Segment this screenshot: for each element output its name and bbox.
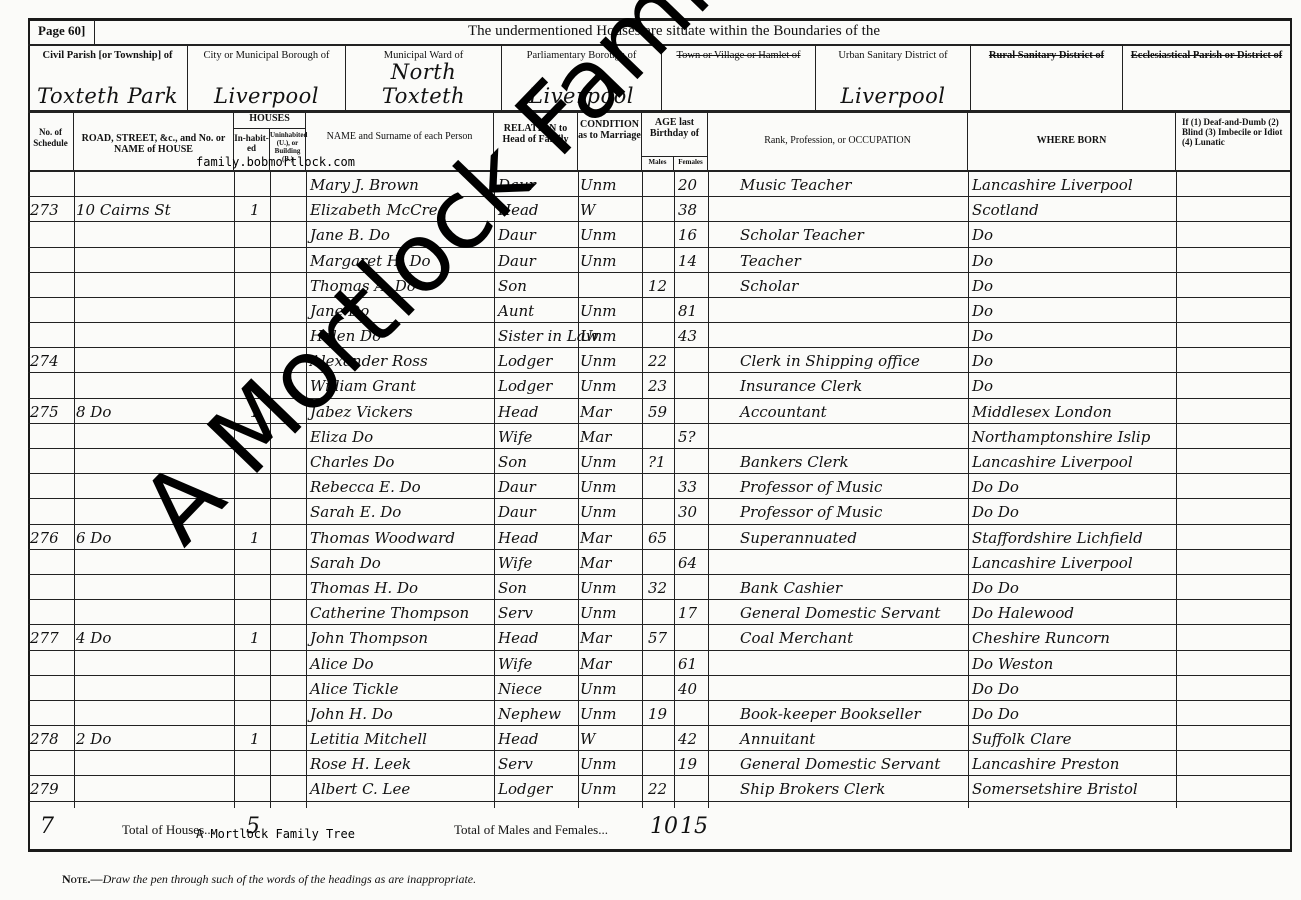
cell-relation: Wife <box>498 651 532 677</box>
table-row: Thomas H. DoSonUnm32Bank CashierDo Do <box>28 575 1290 600</box>
cell-relation: Lodger <box>498 373 552 399</box>
cell-where-born: Somersetshire Bristol <box>972 776 1138 802</box>
cell-relation: Serv <box>498 751 533 777</box>
cell-where-born: Middlesex London <box>972 399 1112 425</box>
cell-relation: Serv <box>498 600 533 626</box>
cell-occupation: Scholar Teacher <box>740 222 864 248</box>
cell-occupation: Insurance Clerk <box>740 373 862 399</box>
cell-male-age: 23 <box>648 373 667 399</box>
cell-where-born: Cheshire Runcorn <box>972 625 1110 651</box>
col-females: Females <box>674 157 708 171</box>
cell-female-age: 14 <box>678 248 697 274</box>
col-condition: CONDITION as to Marriage <box>578 113 642 171</box>
cell-where-born: Do Weston <box>972 651 1053 677</box>
cell-where-born: Do <box>972 273 993 299</box>
cell-road: 4 Do <box>76 625 111 651</box>
district-ecclesiastical: Ecclesiastical Parish or District of <box>1123 46 1290 110</box>
cell-where-born: Do <box>972 323 993 349</box>
col-age: AGE last Birthday of <box>642 113 708 157</box>
cell-inhabited: 1 <box>250 197 260 223</box>
table-row: 2774 Do1John ThompsonHeadMar57Coal Merch… <box>28 625 1290 650</box>
census-page: Page 60] The undermentioned Houses are s… <box>0 0 1301 900</box>
cell-relation: Head <box>498 726 539 752</box>
cell-inhabited: 1 <box>250 399 260 425</box>
cell-male-age: 22 <box>648 348 667 374</box>
cell-male-age: 19 <box>648 701 667 727</box>
cell-condition: Unm <box>580 248 617 274</box>
col-relation: RELATION to Head of Family <box>494 113 578 171</box>
cell-male-age: 59 <box>648 399 667 425</box>
table-row: Jane B. DoDaurUnm16Scholar TeacherDo <box>28 222 1290 247</box>
census-table: Mary J. BrownDaurUnm20Music TeacherLanca… <box>28 172 1290 808</box>
cell-female-age: 17 <box>678 600 697 626</box>
cell-where-born: Scotland <box>972 197 1039 223</box>
cell-relation: Daur <box>498 499 536 525</box>
cell-where-born: Suffolk Clare <box>972 726 1072 752</box>
cell-inhabited: 1 <box>250 726 260 752</box>
cell-male-age: 22 <box>648 776 667 802</box>
cell-condition: Unm <box>580 172 617 198</box>
cell-occupation: Bankers Clerk <box>740 449 849 475</box>
cell-name: Sarah Do <box>310 550 381 576</box>
table-row: Charles DoSonUnm?1Bankers ClerkLancashir… <box>28 449 1290 474</box>
cell-where-born: Do Do <box>972 474 1019 500</box>
district-rural-sanitary: Rural Sanitary District of <box>971 46 1123 110</box>
cell-relation: Daur <box>498 248 536 274</box>
cell-name: Alice Tickle <box>310 676 398 702</box>
cell-road: 6 Do <box>76 525 111 551</box>
cell-condition: Unm <box>580 298 617 324</box>
table-row: 279Albert C. LeeLodgerUnm22Ship Brokers … <box>28 776 1290 801</box>
cell-occupation: Professor of Music <box>740 474 882 500</box>
cell-condition: Mar <box>580 525 611 551</box>
cell-name: Alice Do <box>310 651 374 677</box>
cell-where-born: Do Do <box>972 676 1019 702</box>
watermark-footer: A Mortlock Family Tree <box>196 827 355 841</box>
cell-name: Jane Do <box>310 298 369 324</box>
table-row: John H. DoNephewUnm19Book-keeper Booksel… <box>28 701 1290 726</box>
cell-condition: Unm <box>580 676 617 702</box>
total-males-value: 10 <box>650 814 678 839</box>
cell-relation: Son <box>498 449 527 475</box>
cell-name: Catherine Thompson <box>310 600 469 626</box>
cell-where-born: Do <box>972 298 993 324</box>
cell-name: Thomas H. Do <box>310 575 418 601</box>
margin-mark: 7 <box>40 814 54 839</box>
cell-relation: Lodger <box>498 348 552 374</box>
table-row: Sarah E. DoDaurUnm30Professor of MusicDo… <box>28 499 1290 524</box>
cell-schedule: 274 <box>30 348 59 374</box>
cell-condition: Unm <box>580 449 617 475</box>
cell-where-born: Lancashire Liverpool <box>972 449 1133 475</box>
district-header-row: Civil Parish [or Township] of Toxteth Pa… <box>28 46 1290 113</box>
cell-relation: Niece <box>498 676 542 702</box>
page-number: Page 60] <box>38 23 85 39</box>
cell-condition: Unm <box>580 474 617 500</box>
cell-male-age: 65 <box>648 525 667 551</box>
cell-schedule: 276 <box>30 525 59 551</box>
district-municipal-ward: Municipal Ward of North Toxteth <box>346 46 502 110</box>
cell-where-born: Do Halewood <box>972 600 1074 626</box>
table-row: Rose H. LeekServUnm19General Domestic Se… <box>28 751 1290 776</box>
col-houses: HOUSES <box>234 113 306 129</box>
cell-female-age: 30 <box>678 499 697 525</box>
total-females-value: 15 <box>680 814 708 839</box>
cell-where-born: Do <box>972 248 993 274</box>
cell-where-born: Do Do <box>972 499 1019 525</box>
col-occupation: Rank, Profession, or OCCUPATION <box>708 113 968 171</box>
cell-where-born: Northamptonshire Islip <box>972 424 1150 450</box>
cell-occupation: Accountant <box>740 399 827 425</box>
cell-condition: W <box>580 197 595 223</box>
cell-condition: Unm <box>580 751 617 777</box>
col-where-born: WHERE BORN <box>968 113 1176 171</box>
table-row: 2758 Do1Jabez VickersHeadMar59Accountant… <box>28 399 1290 424</box>
cell-road: 2 Do <box>76 726 111 752</box>
cell-relation: Daur <box>498 474 536 500</box>
cell-condition: Unm <box>580 222 617 248</box>
cell-name: Rebecca E. Do <box>310 474 421 500</box>
cell-occupation: Teacher <box>740 248 801 274</box>
cell-schedule: 273 <box>30 197 59 223</box>
cell-name: Elizabeth McCrea <box>310 197 447 223</box>
cell-inhabited: 1 <box>250 525 260 551</box>
cell-schedule: 278 <box>30 726 59 752</box>
cell-schedule: 275 <box>30 399 59 425</box>
cell-female-age: 38 <box>678 197 697 223</box>
district-parliamentary-borough: Parliamentary Borough of Liverpool <box>502 46 662 110</box>
cell-relation: Wife <box>498 550 532 576</box>
cell-condition: Mar <box>580 550 611 576</box>
cell-relation: Head <box>498 399 539 425</box>
cell-occupation: Book-keeper Bookseller <box>740 701 921 727</box>
cell-male-age: 57 <box>648 625 667 651</box>
cell-condition: Unm <box>580 701 617 727</box>
table-row: 2766 Do1Thomas WoodwardHeadMar65Superann… <box>28 525 1290 550</box>
cell-female-age: 40 <box>678 676 697 702</box>
table-row: Jane DoAuntUnm81Do <box>28 298 1290 323</box>
cell-road: 10 Cairns St <box>76 197 171 223</box>
district-civil-parish: Civil Parish [or Township] of Toxteth Pa… <box>28 46 188 110</box>
table-row: Rebecca E. DoDaurUnm33Professor of Music… <box>28 474 1290 499</box>
cell-condition: Unm <box>580 575 617 601</box>
cell-condition: Mar <box>580 399 611 425</box>
cell-occupation: Music Teacher <box>740 172 851 198</box>
footnote: Note.—Draw the pen through such of the w… <box>62 872 476 887</box>
table-row: Thomas A. DoSon12ScholarDo <box>28 273 1290 298</box>
cell-where-born: Do Do <box>972 701 1019 727</box>
cell-name: Thomas Woodward <box>310 525 455 551</box>
cell-occupation: Annuitant <box>740 726 815 752</box>
cell-occupation: Clerk in Shipping office <box>740 348 920 374</box>
cell-condition: Mar <box>580 625 611 651</box>
table-row: William GrantLodgerUnm23Insurance ClerkD… <box>28 373 1290 398</box>
cell-name: Rose H. Leek <box>310 751 411 777</box>
cell-female-age: 61 <box>678 651 697 677</box>
cell-occupation: General Domestic Servant <box>740 751 940 777</box>
table-row: Helen DoSister in LawUnm43Do <box>28 323 1290 348</box>
cell-condition: Unm <box>580 499 617 525</box>
cell-occupation: Professor of Music <box>740 499 882 525</box>
cell-relation: Lodger <box>498 776 552 802</box>
cell-relation: Wife <box>498 424 532 450</box>
cell-condition: Unm <box>580 776 617 802</box>
cell-female-age: 81 <box>678 298 697 324</box>
cell-name: Charles Do <box>310 449 394 475</box>
cell-female-age: 43 <box>678 323 697 349</box>
cell-occupation: Bank Cashier <box>740 575 842 601</box>
cell-where-born: Do <box>972 222 993 248</box>
cell-schedule: 279 <box>30 776 59 802</box>
cell-condition: Unm <box>580 323 617 349</box>
cell-female-age: 19 <box>678 751 697 777</box>
cell-relation: Daur <box>498 172 536 198</box>
cell-where-born: Do <box>972 373 993 399</box>
table-row: Margaret H. DoDaurUnm14TeacherDo <box>28 248 1290 273</box>
table-row: Catherine ThompsonServUnm17General Domes… <box>28 600 1290 625</box>
cell-male-age: ?1 <box>648 449 666 475</box>
table-row: 274Alexander RossLodgerUnm22Clerk in Shi… <box>28 348 1290 373</box>
col-males: Males <box>642 157 674 171</box>
cell-male-age: 12 <box>648 273 667 299</box>
cell-where-born: Staffordshire Lichfield <box>972 525 1143 551</box>
cell-name: Eliza Do <box>310 424 373 450</box>
cell-relation: Aunt <box>498 298 534 324</box>
cell-name: Alexander Ross <box>310 348 428 374</box>
cell-where-born: Do Do <box>972 575 1019 601</box>
cell-condition: Mar <box>580 424 611 450</box>
table-row: 2782 Do1Letitia MitchellHeadW42Annuitant… <box>28 726 1290 751</box>
cell-name: Mary J. Brown <box>310 172 419 198</box>
cell-condition: Unm <box>580 348 617 374</box>
cell-occupation: Coal Merchant <box>740 625 853 651</box>
cell-where-born: Lancashire Liverpool <box>972 550 1133 576</box>
cell-condition: Mar <box>580 651 611 677</box>
cell-occupation: Ship Brokers Clerk <box>740 776 885 802</box>
cell-condition: W <box>580 726 595 752</box>
cell-where-born: Lancashire Preston <box>972 751 1119 777</box>
cell-relation: Daur <box>498 222 536 248</box>
cell-male-age: 32 <box>648 575 667 601</box>
col-schedule: No. of Schedule <box>28 113 74 171</box>
document-title: The undermentioned Houses are situate wi… <box>468 23 880 40</box>
cell-condition: Unm <box>580 373 617 399</box>
district-town-village: Town or Village or Hamlet of <box>662 46 816 110</box>
cell-condition: Unm <box>580 600 617 626</box>
table-row: 27310 Cairns St1Elizabeth McCreaHeadW38S… <box>28 197 1290 222</box>
cell-relation: Son <box>498 273 527 299</box>
cell-schedule: 277 <box>30 625 59 651</box>
cell-name: John Thompson <box>310 625 428 651</box>
cell-road: 8 Do <box>76 399 111 425</box>
table-row: Alice DoWifeMar61Do Weston <box>28 651 1290 676</box>
cell-female-age: 5? <box>678 424 696 450</box>
cell-female-age: 33 <box>678 474 697 500</box>
cell-female-age: 16 <box>678 222 697 248</box>
page-number-box: Page 60] <box>28 20 95 44</box>
district-urban-sanitary: Urban Sanitary District of Liverpool <box>816 46 971 110</box>
district-municipal-borough: City or Municipal Borough of Liverpool <box>188 46 346 110</box>
cell-inhabited: 1 <box>250 625 260 651</box>
cell-occupation: Superannuated <box>740 525 857 551</box>
table-row: Mary J. BrownDaurUnm20Music TeacherLanca… <box>28 172 1290 197</box>
cell-relation: Head <box>498 625 539 651</box>
cell-female-age: 20 <box>678 172 697 198</box>
watermark-url: family.bobmortlock.com <box>196 155 355 169</box>
cell-female-age: 64 <box>678 550 697 576</box>
cell-occupation: General Domestic Servant <box>740 600 940 626</box>
table-row: Eliza DoWifeMar5?Northamptonshire Islip <box>28 424 1290 449</box>
cell-relation: Head <box>498 525 539 551</box>
cell-female-age: 42 <box>678 726 697 752</box>
cell-occupation: Scholar <box>740 273 798 299</box>
page-header: Page 60] The undermentioned Houses are s… <box>28 20 1290 46</box>
cell-name: Jane B. Do <box>310 222 390 248</box>
cell-relation: Head <box>498 197 539 223</box>
col-infirmity: If (1) Deaf-and-Dumb (2) Blind (3) Imbec… <box>1176 113 1290 171</box>
cell-relation: Son <box>498 575 527 601</box>
cell-name: Albert C. Lee <box>310 776 410 802</box>
cell-name: Thomas A. Do <box>310 273 416 299</box>
cell-relation: Nephew <box>498 701 561 727</box>
cell-name: Helen Do <box>310 323 381 349</box>
cell-name: Sarah E. Do <box>310 499 401 525</box>
cell-where-born: Do <box>972 348 993 374</box>
cell-name: Letitia Mitchell <box>310 726 427 752</box>
cell-name: Jabez Vickers <box>310 399 413 425</box>
cell-name: William Grant <box>310 373 416 399</box>
table-row: Sarah DoWifeMar64Lancashire Liverpool <box>28 550 1290 575</box>
cell-name: John H. Do <box>310 701 393 727</box>
cell-name: Margaret H. Do <box>310 248 431 274</box>
table-row: Alice TickleNieceUnm40Do Do <box>28 676 1290 701</box>
cell-where-born: Lancashire Liverpool <box>972 172 1133 198</box>
total-persons-label: Total of Males and Females... <box>454 822 608 838</box>
